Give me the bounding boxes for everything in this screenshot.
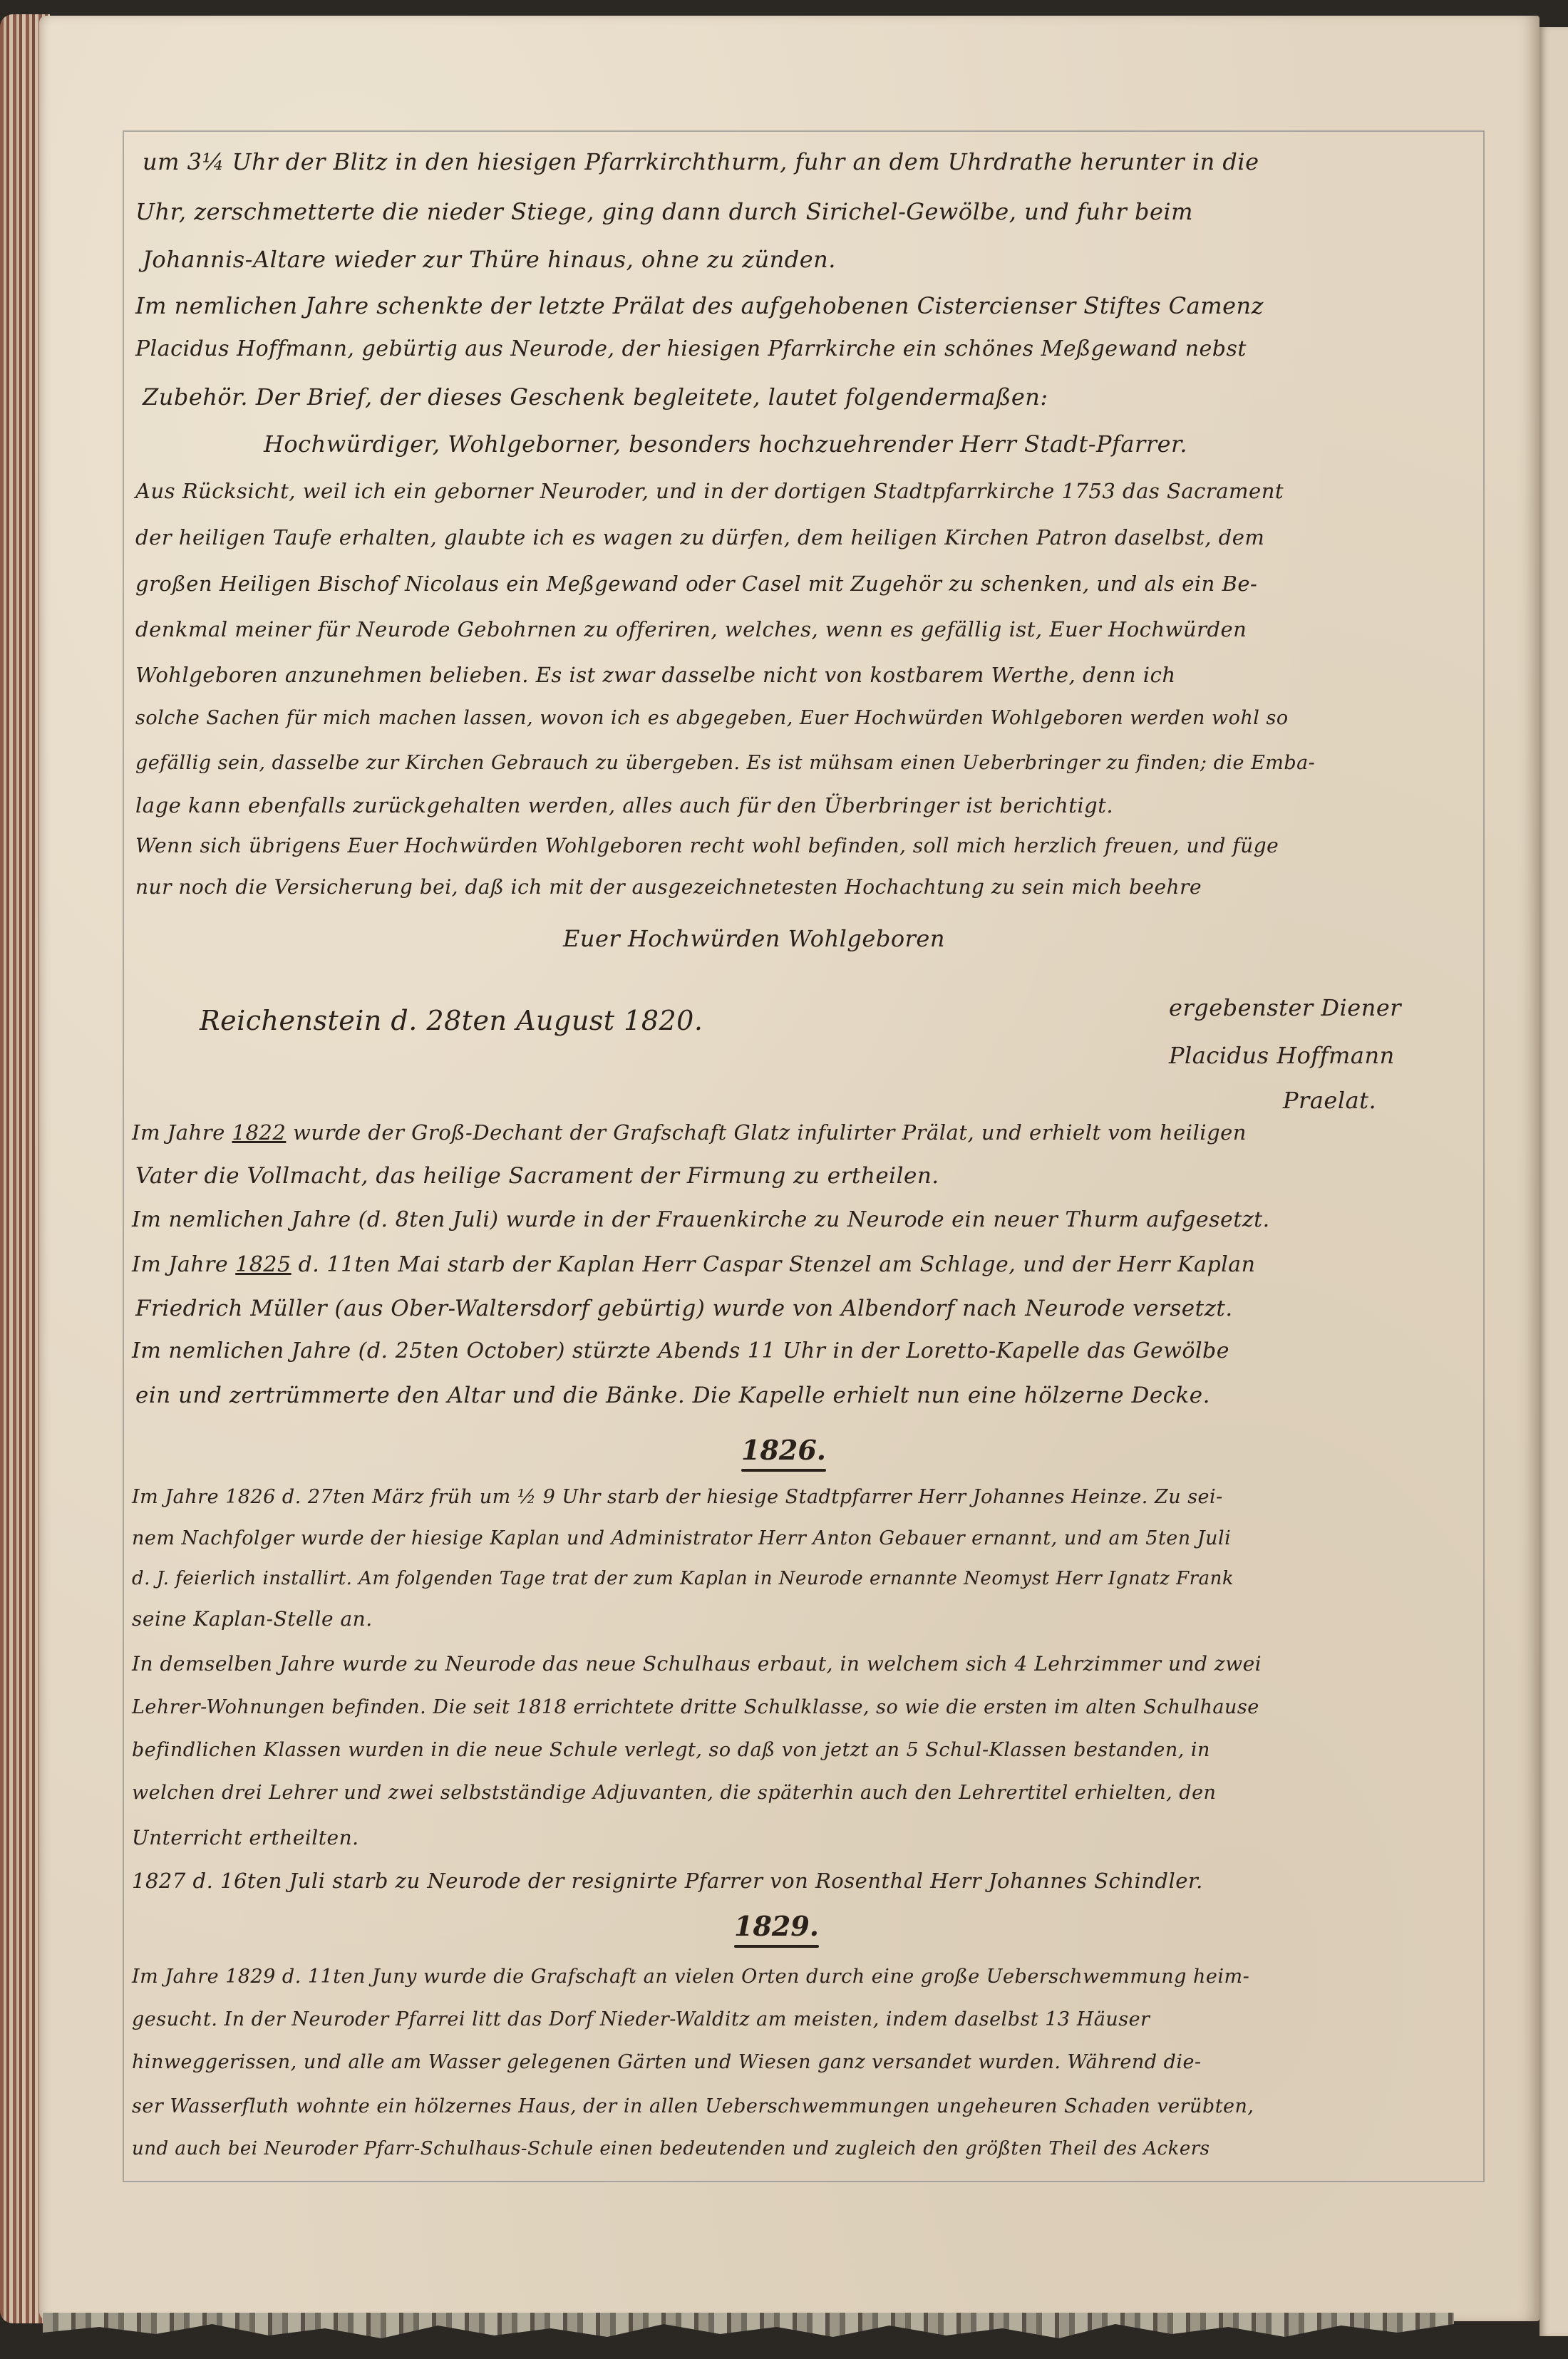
year-heading-1829: 1829. [734,1910,819,1942]
text-line: ser Wasserfluth wohnte ein hölzernes Hau… [132,2095,1254,2117]
year-1822: 1822 [232,1120,287,1145]
letter-line: Wohlgeboren anzunehmen belieben. Es ist … [135,663,1176,687]
text-line: d. J. feierlich installirt. Am folgenden… [132,1568,1234,1589]
text-line: Im Jahre 1826 d. 27ten März früh um ½ 9 … [132,1486,1223,1508]
letter-line: großen Heiligen Bischof Nicolaus ein Meß… [135,572,1257,596]
text-line: Im nemlichen Jahre schenkte der letzte P… [135,292,1264,319]
text-line: seine Kaplan-Stelle an. [132,1607,373,1631]
letter-line: gefällig sein, dasselbe zur Kirchen Gebr… [135,752,1315,774]
text-line: In demselben Jahre wurde zu Neurode das … [132,1652,1262,1676]
text-line: und auch bei Neuroder Pfarr-Schulhaus-Sc… [132,2138,1209,2159]
letter-salutation: Hochwürdiger, Wohlgeborner, besonders ho… [264,430,1187,458]
text-line: 1827 d. 16ten Juli starb zu Neurode der … [132,1869,1203,1893]
text-line: Johannis-Altare wieder zur Thüre hinaus,… [143,246,836,273]
letter-line: Wenn sich übrigens Euer Hochwürden Wohlg… [135,834,1279,857]
text-line: welchen drei Lehrer und zwei selbstständ… [132,1782,1216,1804]
text-line: hinweggerissen, und alle am Wasser geleg… [132,2051,1202,2073]
letter-line: denkmal meiner für Neurode Gebohrnen zu … [135,617,1247,641]
year-1825: 1825 [235,1252,291,1277]
letter-line: der heiligen Taufe erhalten, glaubte ich… [135,525,1264,549]
text-line: um 3¼ Uhr der Blitz in den hiesigen Pfar… [143,148,1259,175]
text-line: befindlichen Klassen wurden in die neue … [132,1739,1210,1761]
torn-page-edges [43,2313,1454,2341]
text-line: Lehrer-Wohnungen befinden. Die seit 1818… [132,1696,1259,1718]
signature-line: ergebenster Diener [1169,994,1401,1021]
text-line: nem Nachfolger wurde der hiesige Kaplan … [132,1527,1231,1549]
text-line: Im nemlichen Jahre (d. 8ten Juli) wurde … [132,1207,1270,1232]
text-segment: d. 11ten Mai starb der Kaplan Herr Caspa… [292,1252,1256,1277]
signature-title: Praelat. [1283,1087,1376,1114]
letter-closing: Euer Hochwürden Wohlgeboren [563,925,945,952]
letter-line: lage kann ebenfalls zurückgehalten werde… [135,793,1113,817]
adjacent-page-strip [1539,27,1568,2336]
text-line: Placidus Hoffmann, gebürtig aus Neurode,… [135,336,1247,361]
text-line: Im Jahre 1825 d. 11ten Mai starb der Kap… [132,1252,1255,1277]
letter-line: solche Sachen für mich machen lassen, wo… [135,707,1289,729]
text-line: Im Jahre 1829 d. 11ten Juny wurde die Gr… [132,1966,1249,1988]
year-heading-1826: 1826. [741,1434,826,1466]
text-line: Uhr, zerschmetterte die nieder Stiege, g… [135,198,1193,225]
text-line: Unterricht ertheilten. [132,1826,359,1849]
text-line: ein und zertrümmerte den Altar und die B… [135,1383,1210,1408]
text-segment: Im Jahre [132,1252,235,1277]
text-line: gesucht. In der Neuroder Pfarrei litt da… [132,2008,1150,2030]
letter-line: Aus Rücksicht, weil ich ein geborner Neu… [135,479,1284,503]
text-segment: wurde der Groß-Dechant der Grafschaft Gl… [286,1120,1247,1145]
text-line: Zubehör. Der Brief, der dieses Geschenk … [143,383,1048,411]
text-line: Friedrich Müller (aus Ober-Waltersdorf g… [135,1296,1233,1321]
text-line: Im Jahre 1822 wurde der Groß-Dechant der… [132,1120,1247,1145]
text-line: Im nemlichen Jahre (d. 25ten October) st… [132,1338,1229,1363]
text-line: Vater die Vollmacht, das heilige Sacrame… [135,1163,939,1189]
text-segment: Im Jahre [132,1120,232,1145]
letter-line: nur noch die Versicherung bei, daß ich m… [135,875,1202,899]
date-line: Reichenstein d. 28ten August 1820. [200,1005,703,1036]
signature-name: Placidus Hoffmann [1169,1042,1395,1069]
